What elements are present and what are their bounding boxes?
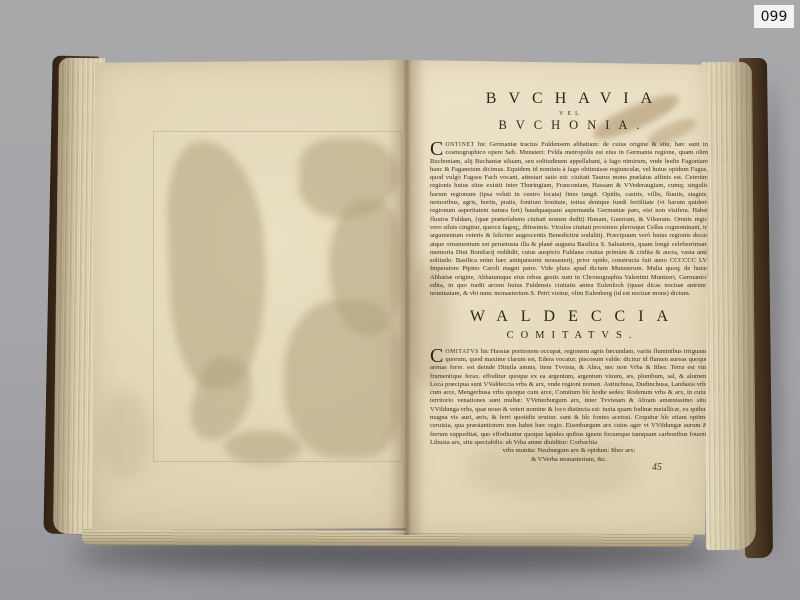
page-text-block: BVCHAVIA VEL BVCHONIA. CONTINET hic Germ… [430,90,708,464]
chapter-title: BVCHAVIA [430,90,708,108]
lead-word: ONTINET [445,142,474,148]
paragraph-waldeccia: COMITATVS hic Hassiæ portionem occupat, … [430,348,708,448]
map-show-through-plate [153,131,402,462]
left-page [92,60,406,532]
drop-cap: C [430,349,443,364]
chapter-alt-title: BVCHONIA. [430,118,708,133]
paragraph-body: hic Germaniæ tractus Fuldensem abbatiam:… [430,141,708,297]
book-gutter [388,60,426,535]
paragraph-buchavia: CONTINET hic Germaniæ tractus Fuldensem … [430,141,708,299]
page-stain [100,390,150,480]
section-subtitle-comitatvs: COMITATVS. [430,330,708,341]
chapter-title-vel: VEL [430,111,708,117]
right-fore-edge [702,62,756,550]
lead-word: OMITATVS [445,349,479,355]
closing-line: vrbs munita: Neuburgum arx & opidum: Ith… [430,447,708,455]
right-page: BVCHAVIA VEL BVCHONIA. CONTINET hic Germ… [406,60,708,537]
map-offset-blob [224,430,302,464]
map-offset-blob [165,139,270,390]
photo-id-tag: 099 [754,5,794,28]
map-offset-blob [284,300,400,458]
paragraph-body: hic Hassiæ portionem occupat, regionem a… [430,348,708,446]
drop-cap: C [430,142,443,157]
closing-line: & VVerba monasterium, &c. [430,456,708,464]
section-title-waldeccia: WALDECCIA [430,308,708,326]
page-number: 45 [652,462,662,473]
